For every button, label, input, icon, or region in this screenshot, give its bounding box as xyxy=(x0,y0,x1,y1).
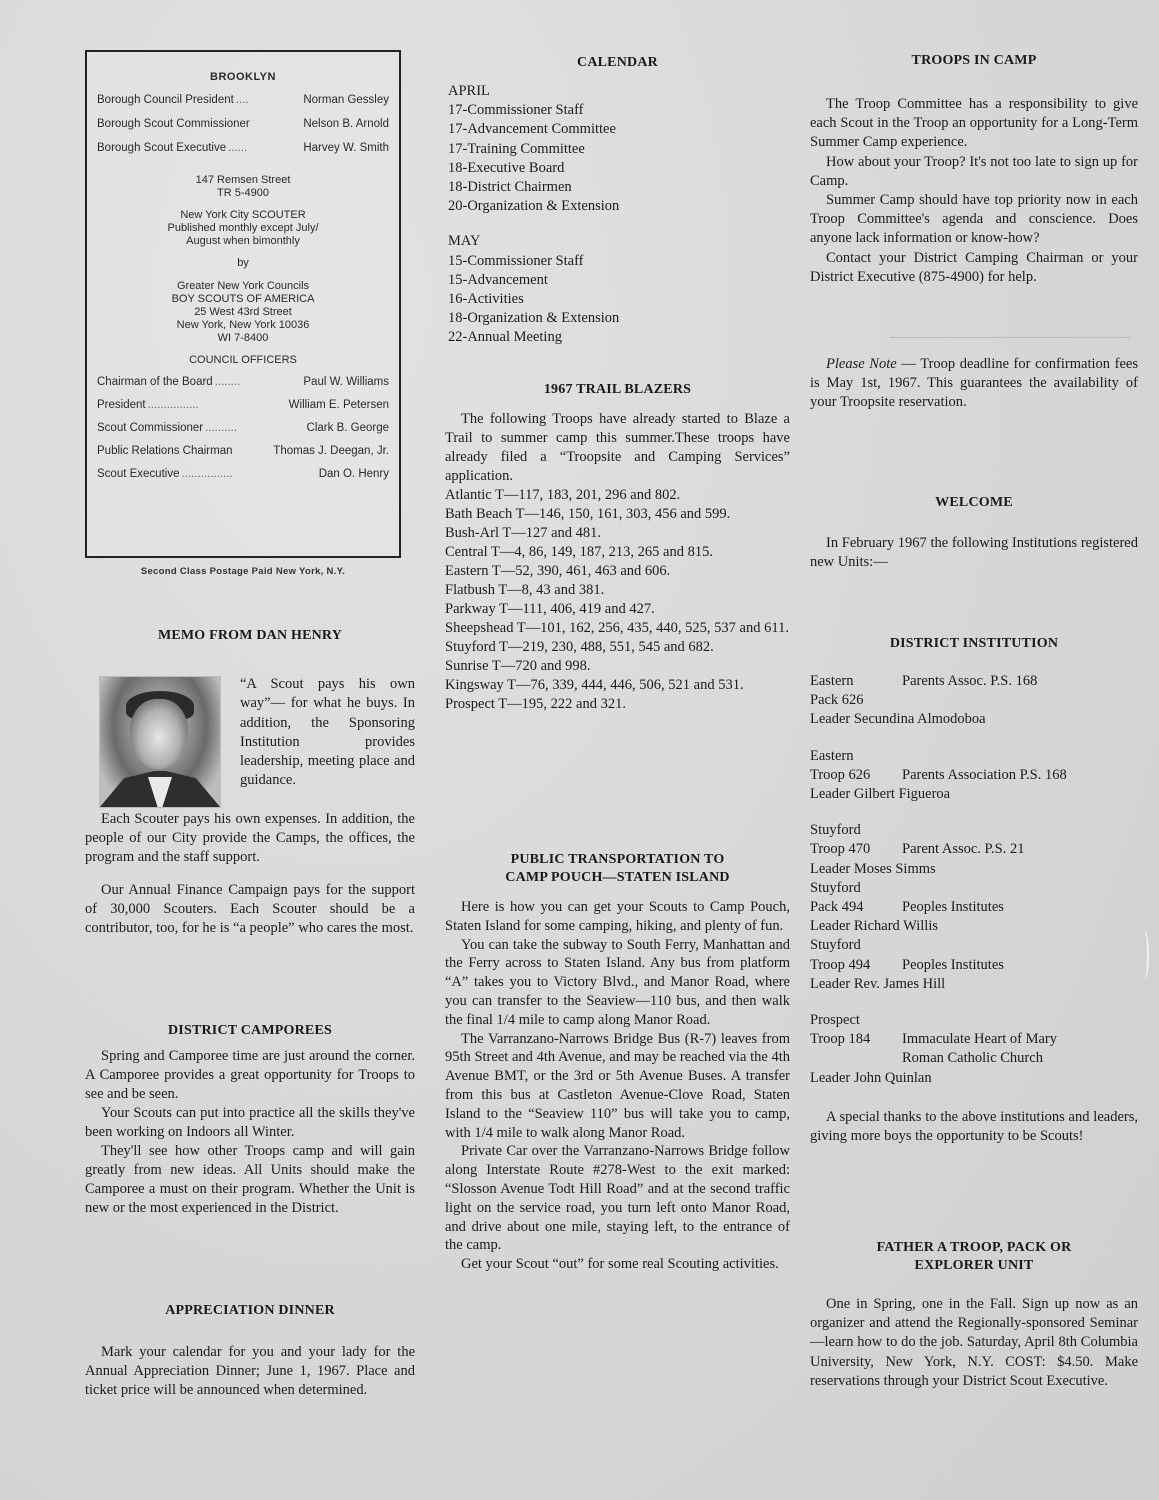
camporees-paragraph: They'll see how other Troops camp and wi… xyxy=(85,1142,415,1218)
council-officer-row: Scout Executive ................ Dan O. … xyxy=(87,468,399,480)
organization-name: BOY SCOUTS OF AMERICA xyxy=(87,293,399,306)
district-institution-heading: DISTRICT INSTITUTION xyxy=(810,636,1138,652)
calendar-month: APRIL xyxy=(448,82,619,101)
troops-in-camp-paragraph: How about your Troop? It's not too late … xyxy=(810,153,1138,191)
district-troop-list-item: Sheepshead T—101, 162, 256, 435, 440, 52… xyxy=(445,619,790,638)
dinner-heading: APPRECIATION DINNER xyxy=(85,1303,415,1319)
council-phone: WI 7-8400 xyxy=(87,332,399,345)
institution-entry: Eastern Troop 626 Parents Association P.… xyxy=(810,747,1138,805)
troops-in-camp-heading: TROOPS IN CAMP xyxy=(810,53,1138,69)
officer-name: William E. Petersen xyxy=(289,399,389,411)
district-troop-list-item: Atlantic T—117, 183, 201, 296 and 802. xyxy=(445,486,790,505)
officer-title: Borough Scout Commissioner xyxy=(97,118,250,130)
institution-district-row: Eastern Parents Assoc. P.S. 168 xyxy=(810,672,1138,691)
transportation-paragraph: The Varranzano-Narrows Bridge Bus (R-7) … xyxy=(445,1030,790,1143)
calendar-event: 18-Organization & Extension xyxy=(448,309,619,328)
institution-name: Parents Association P.S. 168 xyxy=(902,766,1138,785)
camporees-paragraph: Your Scouts can put into practice all th… xyxy=(85,1104,415,1142)
officer-title: Chairman of the Board xyxy=(97,376,213,388)
officer-title: President xyxy=(97,399,146,411)
father-unit-heading-line1: FATHER A TROOP, PACK OR xyxy=(810,1239,1138,1257)
address-phone: TR 5-4900 xyxy=(87,187,399,200)
trail-blazers-body: The following Troops have already starte… xyxy=(445,410,790,714)
institution-entry: Eastern Parents Assoc. P.S. 168 Pack 626… xyxy=(810,672,1138,730)
troops-in-camp-paragraph: Summer Camp should have top priority now… xyxy=(810,191,1138,249)
officer-title: Scout Executive xyxy=(97,468,179,480)
calendar-event: 20-Organization & Extension xyxy=(448,197,619,216)
welcome-body: In February 1967 the following Instituti… xyxy=(810,534,1138,572)
publication-frequency: Published monthly except July/ xyxy=(87,222,399,235)
district-name: Stuyford xyxy=(810,821,1138,840)
institution-entry: Stuyford Troop 494 Peoples Institutes Le… xyxy=(810,936,1138,994)
camporees-paragraph: Spring and Camporee time are just around… xyxy=(85,1047,415,1104)
paper-crease xyxy=(1139,930,1149,980)
leader-dots: ................ xyxy=(148,399,287,411)
district-name: Eastern xyxy=(810,672,902,691)
institution-name: Peoples Institutes xyxy=(902,956,1138,975)
council-name: Greater New York Councils xyxy=(87,280,399,293)
institution-name: Parent Assoc. P.S. 21 xyxy=(902,840,1138,859)
father-unit-body: One in Spring, one in the Fall. Sign up … xyxy=(810,1295,1138,1391)
council-address: Greater New York Councils BOY SCOUTS OF … xyxy=(87,280,399,345)
transportation-body: Here is how you can get your Scouts to C… xyxy=(445,898,790,1274)
calendar-event: 22-Annual Meeting xyxy=(448,328,619,347)
note-label: Please Note xyxy=(826,356,897,372)
address-street: 147 Remsen Street xyxy=(87,174,399,187)
council-city: New York, New York 10036 xyxy=(87,319,399,332)
officer-name: Nelson B. Arnold xyxy=(303,118,389,130)
leader-dots xyxy=(235,445,272,457)
calendar-event: 15-Commissioner Staff xyxy=(448,252,619,271)
thanks-paragraph: A special thanks to the above institutio… xyxy=(810,1108,1138,1146)
borough-title: BROOKLYN xyxy=(87,71,399,83)
leader-name: Leader Secundina Almodoboa xyxy=(810,710,1138,729)
council-officer-row: Chairman of the Board ........ Paul W. W… xyxy=(87,376,399,388)
district-name: Stuyford xyxy=(810,936,1138,955)
dinner-body: Mark your calendar for you and your lady… xyxy=(85,1343,415,1400)
district-troop-list-item: Stuyford T—219, 230, 488, 551, 545 and 6… xyxy=(445,638,790,657)
institution-name: Immaculate Heart of Mary Roman Catholic … xyxy=(902,1030,1138,1068)
officer-name: Norman Gessley xyxy=(303,94,389,106)
troops-in-camp-paragraph: The Troop Committee has a responsibility… xyxy=(810,95,1138,153)
calendar-heading: CALENDAR xyxy=(445,55,790,71)
officer-name: Dan O. Henry xyxy=(319,468,389,480)
welcome-paragraph: In February 1967 the following Instituti… xyxy=(810,534,1138,572)
calendar-event: 15-Advancement xyxy=(448,271,619,290)
institution-name-line2: Roman Catholic Church xyxy=(902,1049,1138,1068)
borough-officer-row: Borough Scout Commissioner Nelson B. Arn… xyxy=(87,118,399,130)
memo-paragraph: Each Scouter pays his own expenses. In a… xyxy=(85,810,415,867)
calendar-event: 18-District Chairmen xyxy=(448,178,619,197)
calendar-event: 17-Training Committee xyxy=(448,140,619,159)
council-officers-title: COUNCIL OFFICERS xyxy=(87,354,399,366)
calendar-event: 18-Executive Board xyxy=(448,159,619,178)
father-unit-paragraph: One in Spring, one in the Fall. Sign up … xyxy=(810,1295,1138,1391)
district-troop-list-item: Prospect T—195, 222 and 321. xyxy=(445,695,790,714)
memo-body: Each Scouter pays his own expenses. In a… xyxy=(85,810,415,938)
memo-heading: MEMO FROM DAN HENRY xyxy=(85,628,415,644)
leader-dots: .......... xyxy=(205,422,304,434)
masthead-box: BROOKLYN Borough Council President .... … xyxy=(85,50,401,558)
calendar-event: 17-Commissioner Staff xyxy=(448,101,619,120)
unit-name: Troop 626 xyxy=(810,766,902,785)
thanks-note: A special thanks to the above institutio… xyxy=(810,1108,1138,1146)
leader-name: Leader John Quinlan xyxy=(810,1069,1138,1088)
district-troop-list-item: Bath Beach T—146, 150, 161, 303, 456 and… xyxy=(445,505,790,524)
transportation-heading-line2: CAMP POUCH—STATEN ISLAND xyxy=(445,869,790,887)
leader-name: Leader Gilbert Figueroa xyxy=(810,785,1138,804)
leader-dots: .... xyxy=(236,94,302,106)
institution-unit-row: Pack 494 Peoples Institutes xyxy=(810,898,1138,917)
officer-name: Clark B. George xyxy=(307,422,389,434)
publication-info: New York City SCOUTER Published monthly … xyxy=(87,209,399,248)
borough-address: 147 Remsen Street TR 5-4900 xyxy=(87,174,399,200)
transportation-paragraph: Private Car over the Varranzano-Narrows … xyxy=(445,1142,790,1255)
unit-name: Troop 494 xyxy=(810,956,902,975)
camporees-body: Spring and Camporee time are just around… xyxy=(85,1047,415,1218)
deadline-note-text: Please Note — Troop deadline for confirm… xyxy=(810,355,1138,413)
district-troop-list-item: Eastern T—52, 390, 461, 463 and 606. xyxy=(445,562,790,581)
by-label: by xyxy=(87,257,399,270)
memo-quote: “A Scout pays his own way”— for what he … xyxy=(240,675,415,791)
photo-face xyxy=(130,699,188,769)
father-unit-heading-line2: EXPLORER UNIT xyxy=(810,1257,1138,1275)
officer-title: Borough Council President xyxy=(97,94,234,106)
leader-dots: ...... xyxy=(228,142,301,154)
district-troop-list-item: Kingsway T—76, 339, 444, 446, 506, 521 a… xyxy=(445,676,790,695)
memo-paragraph: Our Annual Finance Campaign pays for the… xyxy=(85,881,415,938)
publication-name: New York City SCOUTER xyxy=(87,209,399,222)
calendar-event: 17-Advancement Committee xyxy=(448,120,619,139)
transportation-paragraph: You can take the subway to South Ferry, … xyxy=(445,936,790,1030)
institution-unit-row: Troop 470 Parent Assoc. P.S. 21 xyxy=(810,840,1138,859)
portrait-photo xyxy=(99,676,221,808)
institution-entry: Prospect Troop 184 Immaculate Heart of M… xyxy=(810,1011,1138,1088)
troops-in-camp-body: The Troop Committee has a responsibility… xyxy=(810,95,1138,287)
borough-officer-row: Borough Scout Executive ...... Harvey W.… xyxy=(87,142,399,154)
calendar-list: APRIL 17-Commissioner Staff 17-Advanceme… xyxy=(448,82,619,348)
institution-entry: Stuyford Pack 494 Peoples Institutes Lea… xyxy=(810,879,1138,937)
father-unit-heading: FATHER A TROOP, PACK OR EXPLORER UNIT xyxy=(810,1239,1138,1275)
troops-in-camp-paragraph: Contact your District Camping Chairman o… xyxy=(810,249,1138,287)
transportation-heading: PUBLIC TRANSPORTATION TO CAMP POUCH—STAT… xyxy=(445,851,790,887)
transportation-paragraph: Get your Scout “out” for some real Scout… xyxy=(445,1255,790,1274)
spacer xyxy=(448,216,619,232)
leader-name: Leader Moses Simms xyxy=(810,860,1138,879)
memo-quote-text: “A Scout pays his own way”— for what he … xyxy=(240,675,415,791)
leader-dots: ........ xyxy=(215,376,302,388)
transportation-heading-line1: PUBLIC TRANSPORTATION TO xyxy=(445,851,790,869)
council-officer-row: President ................ William E. Pe… xyxy=(87,399,399,411)
district-troop-list-item: Sunrise T—720 and 998. xyxy=(445,657,790,676)
unit-name: Troop 470 xyxy=(810,840,902,859)
district-name: Stuyford xyxy=(810,879,1138,898)
unit-name: Pack 494 xyxy=(810,898,902,917)
calendar-event: 16-Activities xyxy=(448,290,619,309)
institution-name: Peoples Institutes xyxy=(902,898,1138,917)
council-officer-row: Scout Commissioner .......... Clark B. G… xyxy=(87,422,399,434)
district-troop-list-item: Flatbush T—8, 43 and 381. xyxy=(445,581,790,600)
dinner-paragraph: Mark your calendar for you and your lady… xyxy=(85,1343,415,1400)
deadline-note: Please Note — Troop deadline for confirm… xyxy=(810,355,1138,413)
trail-blazers-heading: 1967 TRAIL BLAZERS xyxy=(445,382,790,398)
institution-entry: Stuyford Troop 470 Parent Assoc. P.S. 21… xyxy=(810,821,1138,879)
district-name: Prospect xyxy=(810,1011,1138,1030)
council-officers-list: Chairman of the Board ........ Paul W. W… xyxy=(87,376,399,480)
institution-unit-row: Troop 184 Immaculate Heart of Mary Roman… xyxy=(810,1030,1138,1068)
officer-title: Borough Scout Executive xyxy=(97,142,226,154)
institution-unit-row: Troop 626 Parents Association P.S. 168 xyxy=(810,766,1138,785)
welcome-heading: WELCOME xyxy=(810,495,1138,511)
trail-blazers-intro: The following Troops have already starte… xyxy=(445,410,790,486)
leader-dots: ................ xyxy=(181,468,316,480)
institution-name-line1: Immaculate Heart of Mary xyxy=(902,1030,1138,1049)
divider xyxy=(890,337,1130,338)
transportation-paragraph: Here is how you can get your Scouts to C… xyxy=(445,898,790,936)
institution-unit-row: Troop 494 Peoples Institutes xyxy=(810,956,1138,975)
camporees-heading: DISTRICT CAMPOREES xyxy=(85,1023,415,1039)
unit-name: Pack 626 xyxy=(810,691,1138,710)
district-institution-list: Eastern Parents Assoc. P.S. 168 Pack 626… xyxy=(810,672,1138,1088)
district-troop-list-item: Parkway T—111, 406, 419 and 427. xyxy=(445,600,790,619)
council-officer-row: Public Relations Chairman Thomas J. Deeg… xyxy=(87,445,399,457)
postage-notice: Second Class Postage Paid New York, N.Y. xyxy=(85,566,401,577)
officer-name: Paul W. Williams xyxy=(303,376,389,388)
unit-name: Troop 184 xyxy=(810,1030,902,1068)
officer-title: Scout Commissioner xyxy=(97,422,203,434)
borough-officer-row: Borough Council President .... Norman Ge… xyxy=(87,94,399,106)
officer-name: Thomas J. Deegan, Jr. xyxy=(273,445,389,457)
leader-name: Leader Rev. James Hill xyxy=(810,975,1138,994)
leader-name: Leader Richard Willis xyxy=(810,917,1138,936)
district-troop-list-item: Central T—4, 86, 149, 187, 213, 265 and … xyxy=(445,543,790,562)
council-street: 25 West 43rd Street xyxy=(87,306,399,319)
district-name: Eastern xyxy=(810,747,1138,766)
officer-name: Harvey W. Smith xyxy=(303,142,389,154)
calendar-month: MAY xyxy=(448,232,619,251)
institution-name: Parents Assoc. P.S. 168 xyxy=(902,672,1138,691)
officer-title: Public Relations Chairman xyxy=(97,445,233,457)
publication-frequency-2: August when bimonthly xyxy=(87,235,399,248)
leader-dots xyxy=(252,118,302,130)
district-troop-list-item: Bush-Arl T—127 and 481. xyxy=(445,524,790,543)
